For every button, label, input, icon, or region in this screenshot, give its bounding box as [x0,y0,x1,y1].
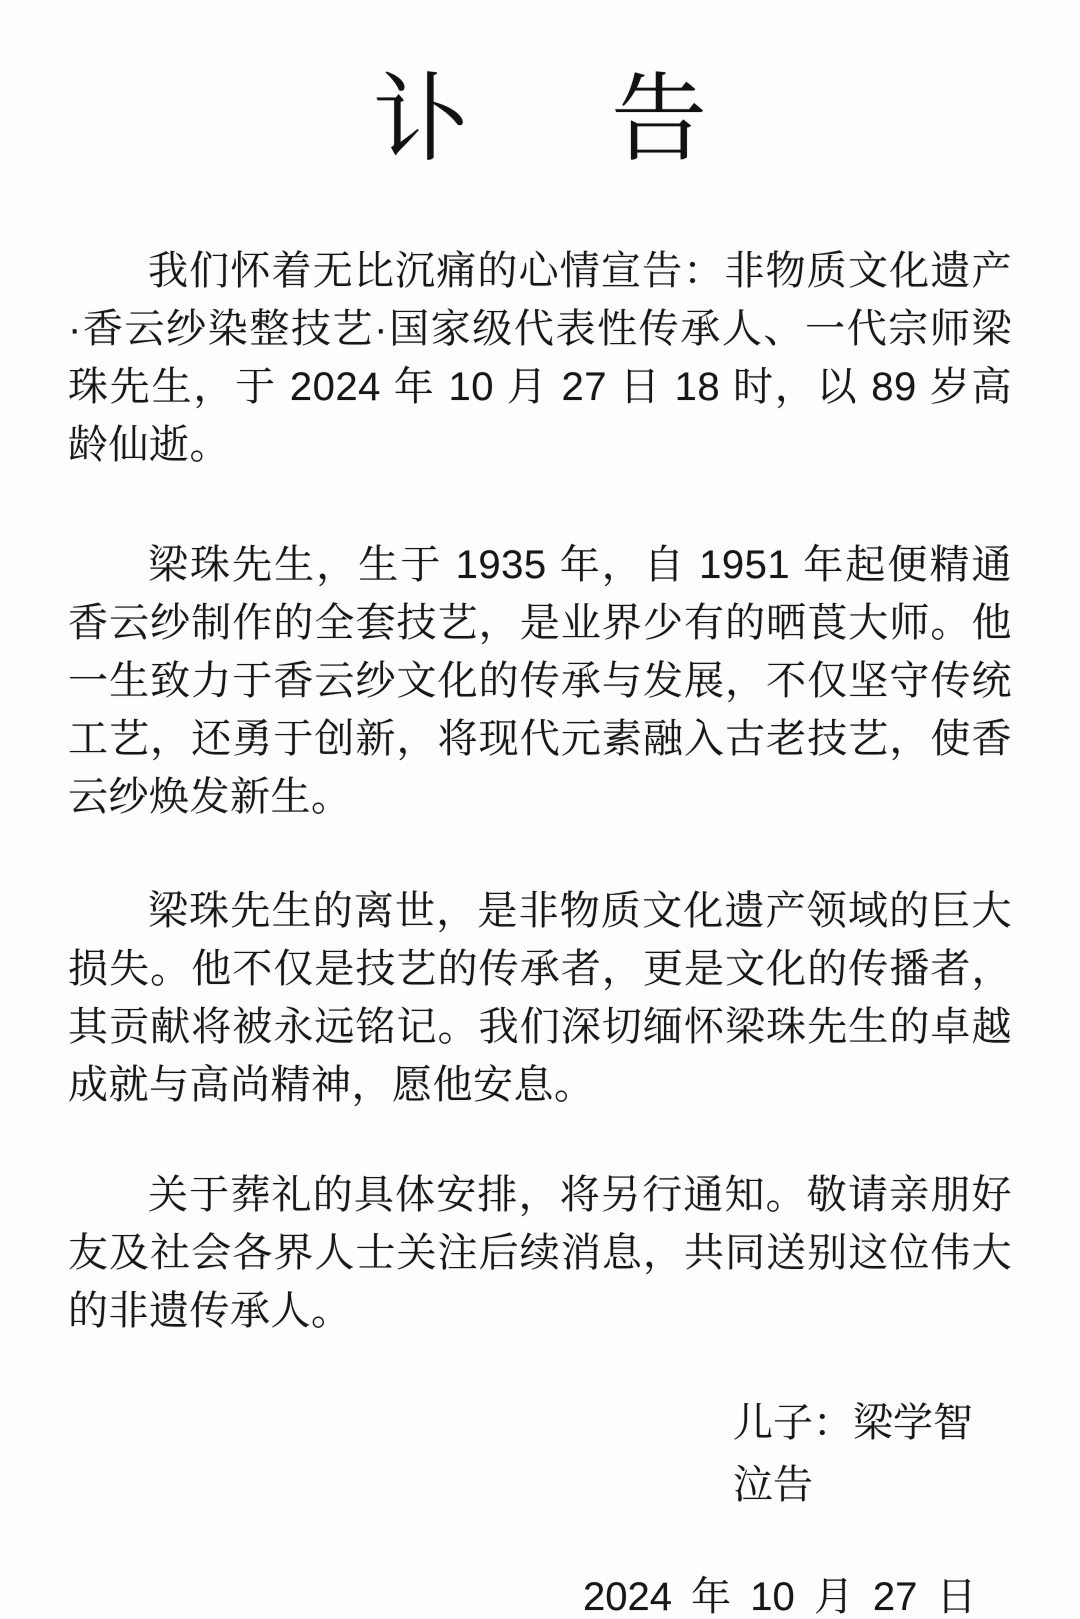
paragraph-funeral-arrangements: 关于葬礼的具体安排，将另行通知。敬请亲朋好友及社会各界人士关注后续消息，共同送别… [68,1166,1012,1340]
signature-son-name: 儿子：梁学智 [733,1392,1012,1454]
paragraph-biography: 梁珠先生，生于 1935 年，自 1951 年起便精通香云纱制作的全套技艺，是业… [68,536,1012,826]
paragraph-death-announcement: 我们怀着无比沉痛的心情宣告：非物质文化遗产·香云纱染整技艺·国家级代表性传承人、… [68,242,1012,474]
document-date: 2024 年 10 月 27 日 [583,1568,1012,1619]
obituary-document: 讣 告 我们怀着无比沉痛的心情宣告：非物质文化遗产·香云纱染整技艺·国家级代表性… [0,0,1080,1619]
paragraph-tribute: 梁珠先生的离世，是非物质文化遗产领域的巨大损失。他不仅是技艺的传承者，更是文化的… [68,882,1012,1114]
signature-block: 儿子：梁学智 泣告 [733,1392,1012,1516]
document-title: 讣 告 [68,0,1012,176]
signature-grief-notice: 泣告 [733,1454,1012,1516]
title-char-gao: 告 [611,64,707,176]
title-char-fu: 讣 [373,64,469,176]
